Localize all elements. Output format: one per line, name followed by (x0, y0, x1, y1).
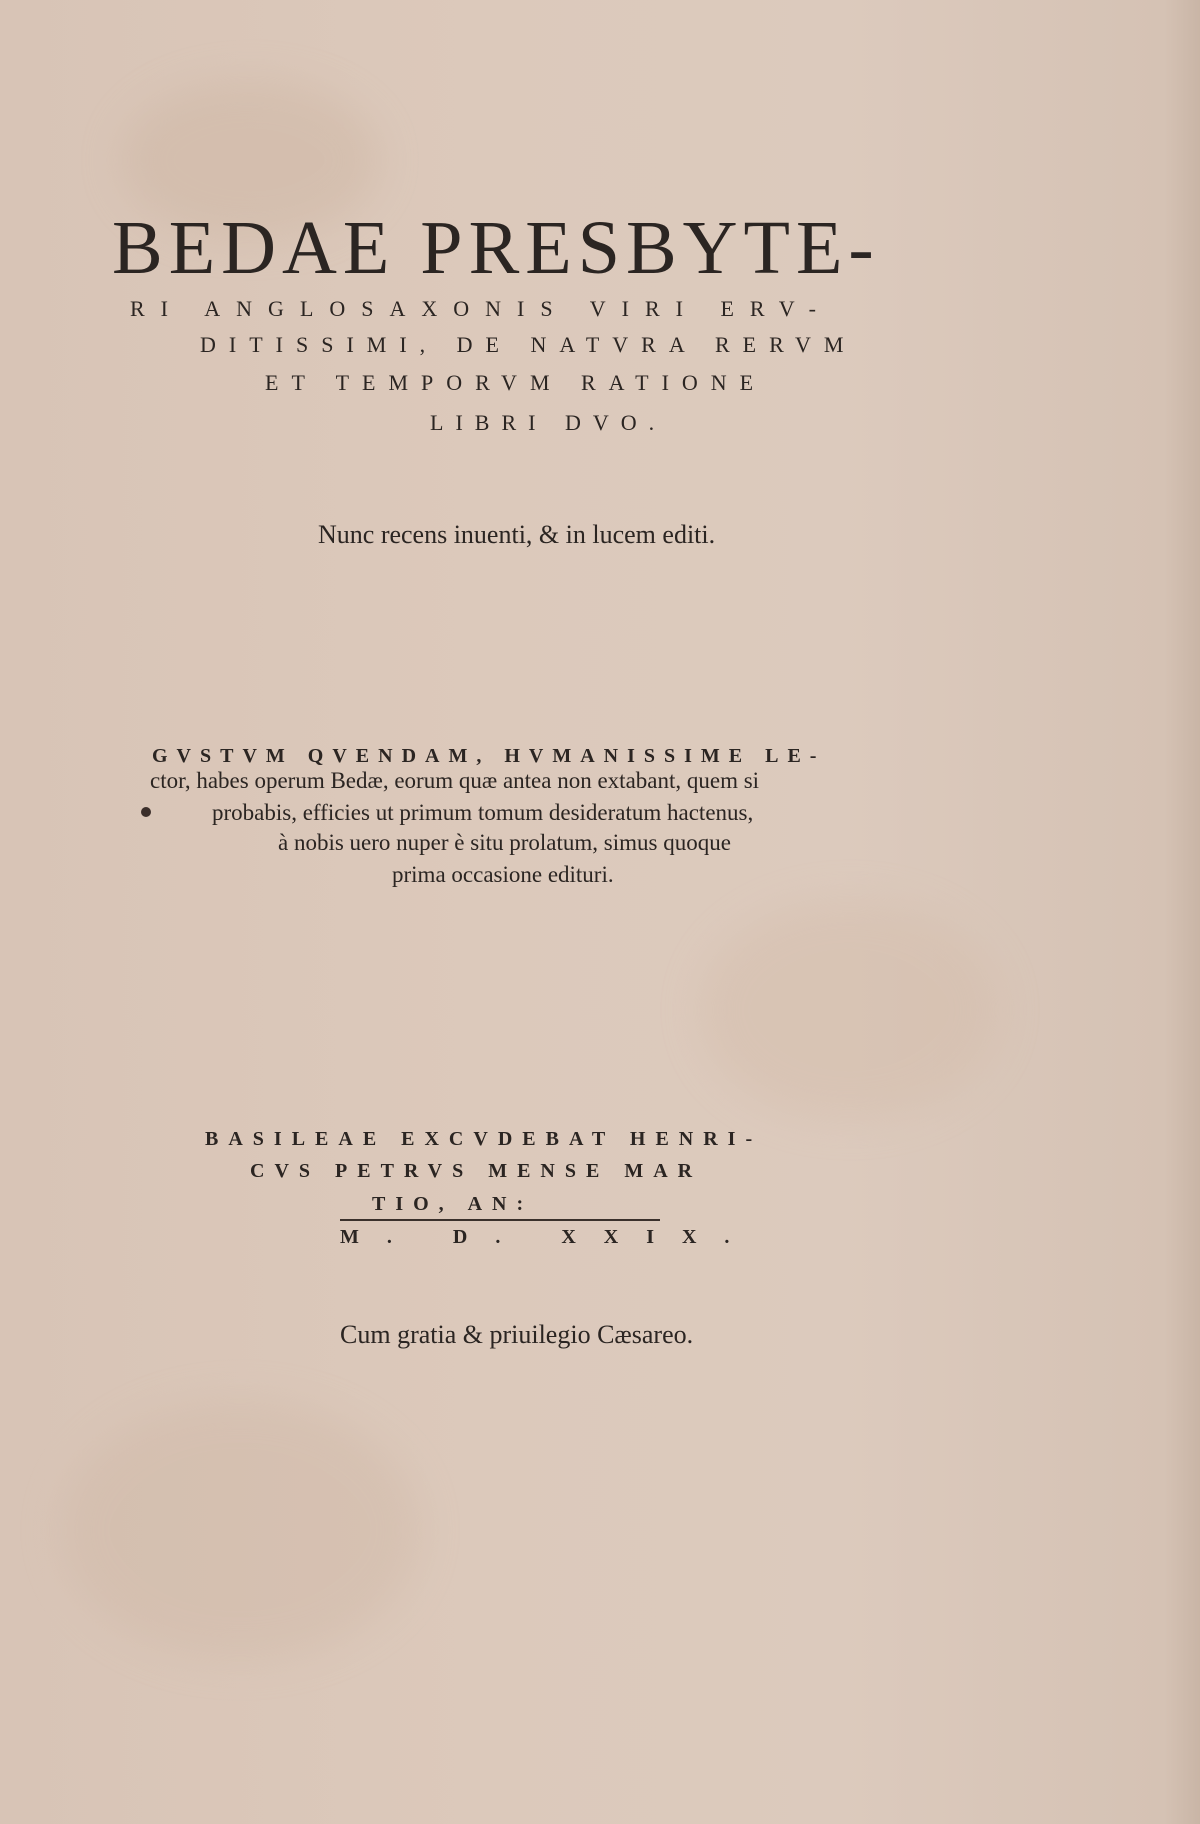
title-line-1: BEDAE PRESBYTE- (112, 205, 1200, 292)
preface-line-1: GVSTVM QVENDAM, HVMANISSIME LE- (152, 745, 1200, 768)
title-line-5: LIBRI DVO. (430, 410, 1200, 436)
paper-stain (60, 1400, 420, 1660)
imprint-line-1: BASILEAE EXCVDEBAT HENRI- (205, 1128, 762, 1151)
imprint-line-2: CVS PETRVS MENSE MAR (250, 1160, 702, 1183)
title-line-4: ET TEMPORVM RATIONE (265, 370, 1200, 396)
paper-stain (700, 900, 1000, 1120)
ink-blot (141, 807, 151, 817)
title-line-2: RI ANGLOSAXONIS VIRI ERV- (130, 296, 1200, 322)
title-page: BEDAE PRESBYTE- RI ANGLOSAXONIS VIRI ERV… (0, 0, 1200, 1824)
subtitle: Nunc recens inuenti, & in lucem editi. (318, 520, 715, 550)
preface-line-2: ctor, habes operum Bedæ, eorum quæ antea… (150, 768, 1200, 794)
preface-line-5: prima occasione edituri. (392, 862, 1200, 888)
preface-line-3: probabis, efficies ut primum tomum desid… (212, 800, 1200, 826)
imprint-date: M. D. XXIX. (340, 1226, 757, 1249)
imprint-line-3: TIO, AN: (372, 1193, 533, 1216)
title-line-3: DITISSIMI, DE NATVRA RERVM (200, 332, 1200, 358)
imprint-rule (340, 1219, 660, 1221)
privilege-line: Cum gratia & priuilegio Cæsareo. (340, 1320, 693, 1350)
preface-line-4: à nobis uero nuper è situ prolatum, simu… (278, 830, 1200, 856)
